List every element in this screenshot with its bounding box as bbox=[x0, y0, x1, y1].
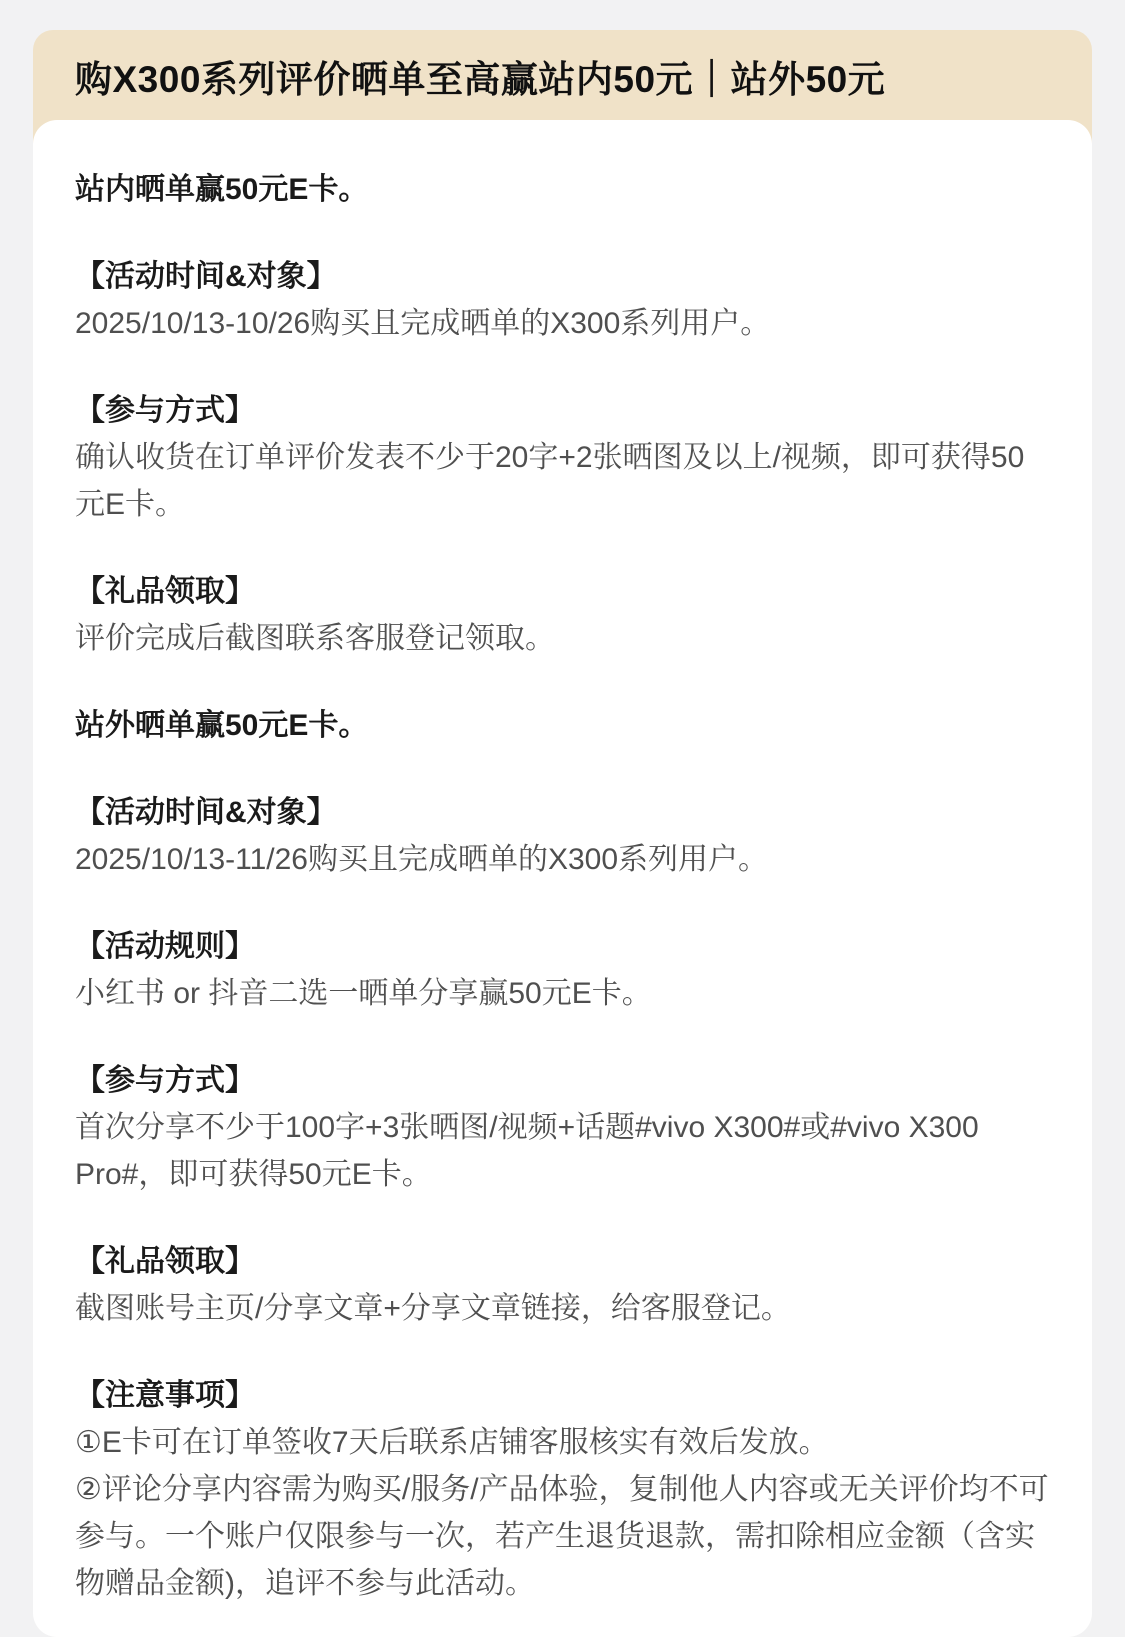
note-line-2: ②评论分享内容需为购买/服务/产品体验，复制他人内容或无关评价均不可参与。一个账… bbox=[75, 1466, 1054, 1574]
section-heading: 【参与方式】 bbox=[75, 1057, 1054, 1104]
subtitle-onsite: 站内晒单赢50元E卡。 bbox=[75, 166, 1054, 213]
activity-title: 购X300系列评价晒单至高赢站内50元｜站外50元 bbox=[75, 56, 1050, 104]
section-offsite-time: 【活动时间&对象】 2025/10/13-11/26购买且完成晒单的X300系列… bbox=[75, 789, 1054, 883]
section-heading: 【活动规则】 bbox=[75, 923, 1054, 970]
section-body: 确认收货在订单评价发表不少于20字+2张晒图及以上/视频，即可获得50元E卡。 bbox=[75, 434, 1054, 528]
section-onsite-time: 【活动时间&对象】 2025/10/13-10/26购买且完成晒单的X300系列… bbox=[75, 253, 1054, 347]
section-notes: 【注意事项】 ①E卡可在订单签收7天后联系店铺客服核实有效后发放。 ②评论分享内… bbox=[75, 1372, 1054, 1574]
section-heading: 【礼品领取】 bbox=[75, 1238, 1054, 1285]
section-heading: 【活动时间&对象】 bbox=[75, 253, 1054, 300]
section-onsite-gift: 【礼品领取】 评价完成后截图联系客服登记领取。 bbox=[75, 568, 1054, 662]
section-body: 2025/10/13-10/26购买且完成晒单的X300系列用户。 bbox=[75, 300, 1054, 347]
section-heading: 【礼品领取】 bbox=[75, 568, 1054, 615]
activity-rules-body: 站内晒单赢50元E卡。 【活动时间&对象】 2025/10/13-10/26购买… bbox=[33, 120, 1092, 1574]
section-body: 小红书 or 抖音二选一晒单分享赢50元E卡。 bbox=[75, 970, 1054, 1017]
section-body: 2025/10/13-11/26购买且完成晒单的X300系列用户。 bbox=[75, 836, 1054, 883]
section-body: 评价完成后截图联系客服登记领取。 bbox=[75, 615, 1054, 662]
note-line-1: ①E卡可在订单签收7天后联系店铺客服核实有效后发放。 bbox=[75, 1419, 1054, 1466]
section-heading: 【活动时间&对象】 bbox=[75, 789, 1054, 836]
section-body: 首次分享不少于100字+3张晒图/视频+话题#vivo X300#或#vivo … bbox=[75, 1104, 1054, 1198]
section-heading: 【参与方式】 bbox=[75, 387, 1054, 434]
section-body: 截图账号主页/分享文章+分享文章链接，给客服登记。 bbox=[75, 1285, 1054, 1332]
subtitle-offsite: 站外晒单赢50元E卡。 bbox=[75, 702, 1054, 749]
section-onsite-how: 【参与方式】 确认收货在订单评价发表不少于20字+2张晒图及以上/视频，即可获得… bbox=[75, 387, 1054, 528]
section-offsite-rules: 【活动规则】 小红书 or 抖音二选一晒单分享赢50元E卡。 bbox=[75, 923, 1054, 1017]
section-heading: 【注意事项】 bbox=[75, 1372, 1054, 1419]
section-offsite-how: 【参与方式】 首次分享不少于100字+3张晒图/视频+话题#vivo X300#… bbox=[75, 1057, 1054, 1198]
activity-card: 购X300系列评价晒单至高赢站内50元｜站外50元 站内晒单赢50元E卡。 【活… bbox=[33, 30, 1092, 1574]
section-offsite-gift: 【礼品领取】 截图账号主页/分享文章+分享文章链接，给客服登记。 bbox=[75, 1238, 1054, 1332]
